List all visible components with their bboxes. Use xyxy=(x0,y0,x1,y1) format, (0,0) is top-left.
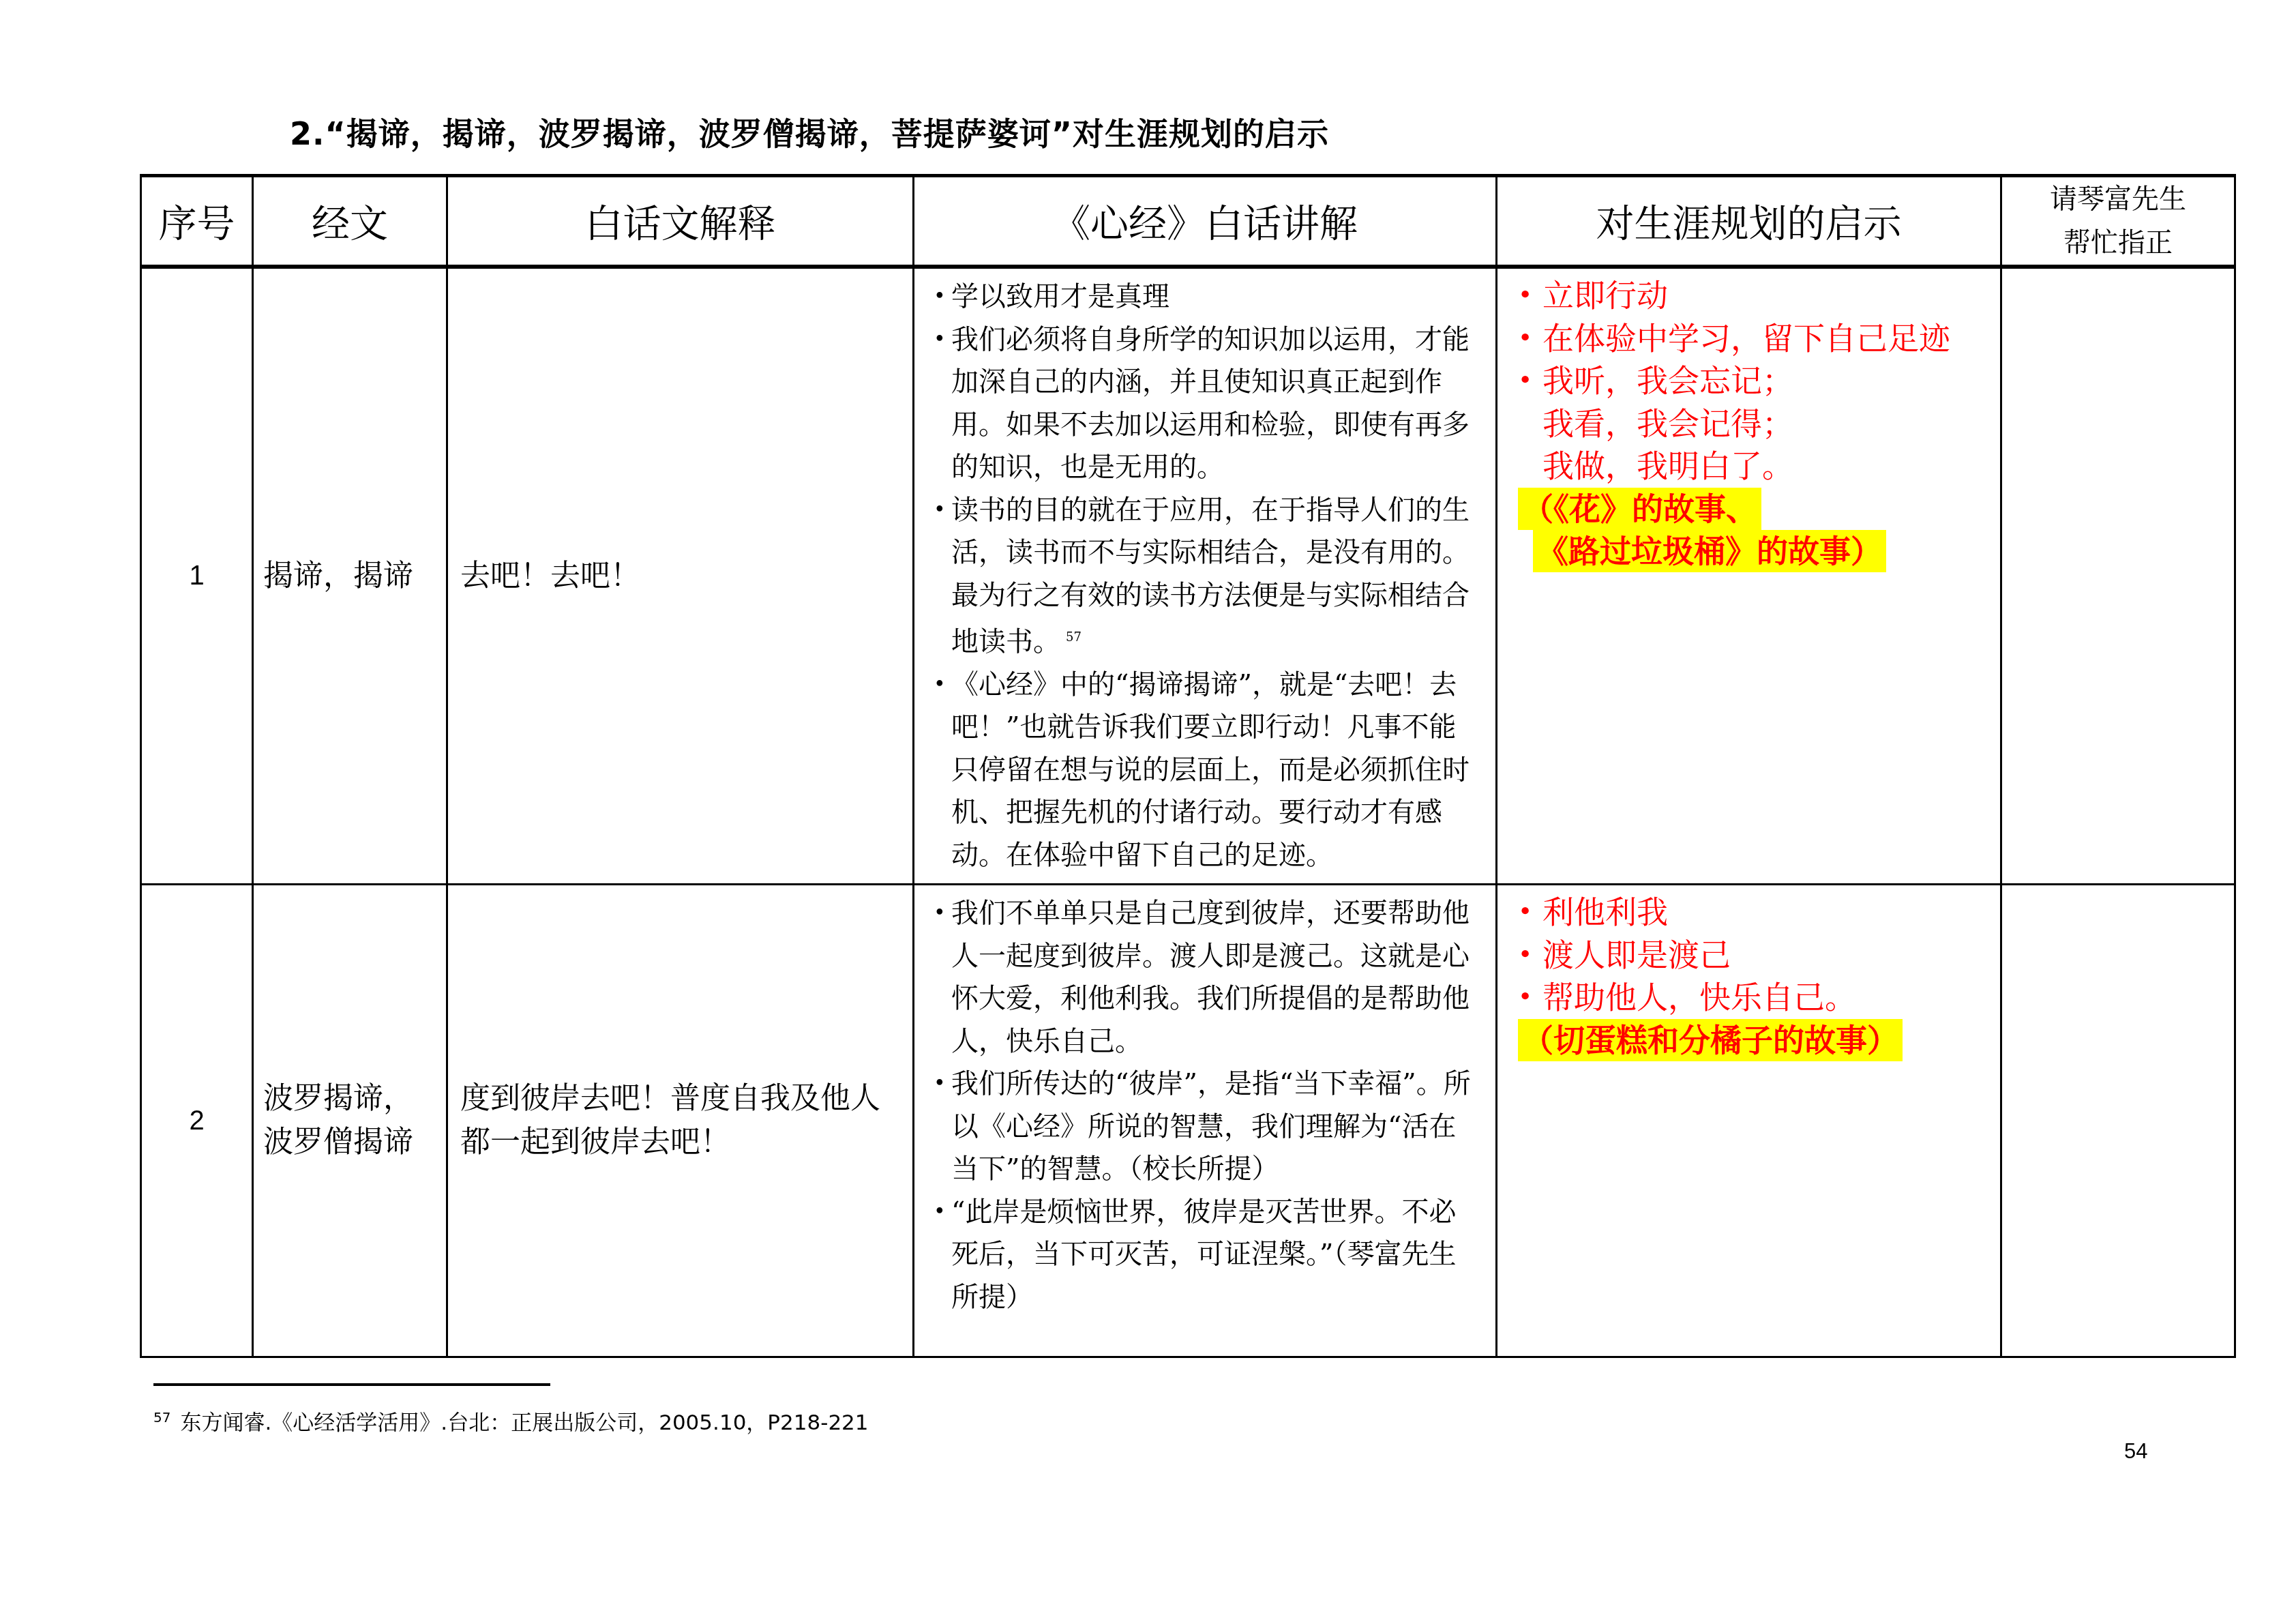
header-review-line2: 帮忙指正 xyxy=(2002,221,2234,265)
verse-line: 波罗僧揭谛 xyxy=(263,1121,436,1164)
lecture-item: •我们必须将自身所学的知识加以运用，才能加深自己的内涵，并且使知识真正起到作用。… xyxy=(934,319,1483,489)
lecture-cell: •学以致用才是真理 •我们必须将自身所学的知识加以运用，才能加深自己的内涵，并且… xyxy=(914,267,1497,885)
footnote: 57东方闻睿.《心经活学活用》.台北：正展出版公司，2005.10，P218-2… xyxy=(153,1405,869,1436)
verse-cell: 揭谛，揭谛 xyxy=(253,267,447,885)
lecture-item: •读书的目的就在于应用，在于指导人们的生活，读书而不与实际相结合，是没有用的。最… xyxy=(934,489,1483,664)
insight-item: •利他利我 xyxy=(1518,891,1988,934)
verse-line: 波罗揭谛， xyxy=(263,1077,436,1121)
lecture-item: •我们所传达的“彼岸”，是指“当下幸福”。所以《心经》所说的智慧，我们理解为“活… xyxy=(934,1063,1483,1191)
bullet-icon: • xyxy=(934,1063,946,1106)
story-highlight: 《路过垃圾桶》的故事） xyxy=(1533,530,1886,572)
review-cell[interactable] xyxy=(2001,267,2235,885)
story-highlight: （切蛋糕和分橘子的故事） xyxy=(1518,1019,1903,1061)
bullet-icon: • xyxy=(934,276,946,319)
bullet-icon: • xyxy=(1518,274,1532,317)
footnote-divider xyxy=(153,1383,550,1386)
story-highlight: （《花》的故事、 xyxy=(1518,488,1761,530)
verse-line: 揭谛，揭谛 xyxy=(263,555,436,598)
header-career-insight: 对生涯规划的启示 xyxy=(1497,176,2001,267)
footnote-reference[interactable]: 57 xyxy=(1066,630,1082,645)
bullet-icon: • xyxy=(1518,317,1532,360)
plain-explanation-cell: 度到彼岸去吧！普度自我及他人都一起到彼岸去吧！ xyxy=(447,885,914,1357)
career-insight-cell: •利他利我 •渡人即是渡己 •帮助他人，快乐自己。 （切蛋糕和分橘子的故事） xyxy=(1497,885,2001,1357)
lecture-item: •我们不单单只是自己度到彼岸，还要帮助他人一起度到彼岸。渡人即是渡己。这就是心怀… xyxy=(934,892,1483,1063)
bullet-icon: • xyxy=(934,489,946,532)
header-review-line1: 请琴富先生 xyxy=(2002,177,2234,221)
insight-item: •渡人即是渡己 xyxy=(1518,934,1988,977)
header-plain-explanation: 白话文解释 xyxy=(447,176,914,267)
row-number: 1 xyxy=(141,267,253,885)
page-number: 54 xyxy=(2124,1439,2147,1464)
lecture-cell: •我们不单单只是自己度到彼岸，还要帮助他人一起度到彼岸。渡人即是渡己。这就是心怀… xyxy=(914,885,1497,1357)
lecture-item: •学以致用才是真理 xyxy=(934,276,1483,319)
table-row: 2 波罗揭谛， 波罗僧揭谛 度到彼岸去吧！普度自我及他人都一起到彼岸去吧！ •我… xyxy=(141,885,2235,1357)
verse-cell: 波罗揭谛， 波罗僧揭谛 xyxy=(253,885,447,1357)
bullet-icon: • xyxy=(1518,359,1532,402)
plain-explanation-cell: 去吧！去吧！ xyxy=(447,267,914,885)
footnote-text: 东方闻睿.《心经活学活用》.台北：正展出版公司，2005.10，P218-221 xyxy=(180,1411,868,1435)
insight-item: •我听，我会忘记； xyxy=(1518,359,1988,402)
insight-item: •立即行动 xyxy=(1518,274,1988,317)
insight-continuation: 我看，我会记得； xyxy=(1518,402,1988,445)
bullet-icon: • xyxy=(1518,891,1532,934)
career-insight-cell: •立即行动 •在体验中学习，留下自己足迹 •我听，我会忘记； 我看，我会记得； … xyxy=(1497,267,2001,885)
footnote-number: 57 xyxy=(153,1409,170,1426)
bullet-icon: • xyxy=(934,664,946,707)
lecture-item: •“此岸是烦恼世界，彼岸是灭苦世界。不必死后，当下可灭苦，可证涅槃。”（琴富先生… xyxy=(934,1191,1483,1319)
review-cell[interactable] xyxy=(2001,885,2235,1357)
header-index: 序号 xyxy=(141,176,253,267)
bullet-icon: • xyxy=(1518,934,1532,977)
header-lecture: 《心经》白话讲解 xyxy=(914,176,1497,267)
insight-item: •帮助他人，快乐自己。 xyxy=(1518,976,1988,1019)
header-review: 请琴富先生 帮忙指正 xyxy=(2001,176,2235,267)
row-number: 2 xyxy=(141,885,253,1357)
bullet-icon: • xyxy=(934,1191,946,1234)
bullet-icon: • xyxy=(1518,976,1532,1019)
bullet-icon: • xyxy=(934,892,946,935)
insight-item: •在体验中学习，留下自己足迹 xyxy=(1518,317,1988,360)
lecture-item: •《心经》中的“揭谛揭谛”，就是“去吧！去吧！”也就告诉我们要立即行动！凡事不能… xyxy=(934,664,1483,877)
insight-continuation: 我做，我明白了。 xyxy=(1518,445,1988,488)
table-header-row: 序号 经文 白话文解释 《心经》白话讲解 对生涯规划的启示 请琴富先生 帮忙指正 xyxy=(141,176,2235,267)
table-row: 1 揭谛，揭谛 去吧！去吧！ •学以致用才是真理 •我们必须将自身所学的知识加以… xyxy=(141,267,2235,885)
header-verse: 经文 xyxy=(253,176,447,267)
section-title: 2.“揭谛，揭谛，波罗揭谛，波罗僧揭谛，菩提萨婆诃”对生涯规划的启示 xyxy=(290,109,1329,154)
insights-table: 序号 经文 白话文解释 《心经》白话讲解 对生涯规划的启示 请琴富先生 帮忙指正… xyxy=(140,174,2236,1358)
bullet-icon: • xyxy=(934,319,946,361)
